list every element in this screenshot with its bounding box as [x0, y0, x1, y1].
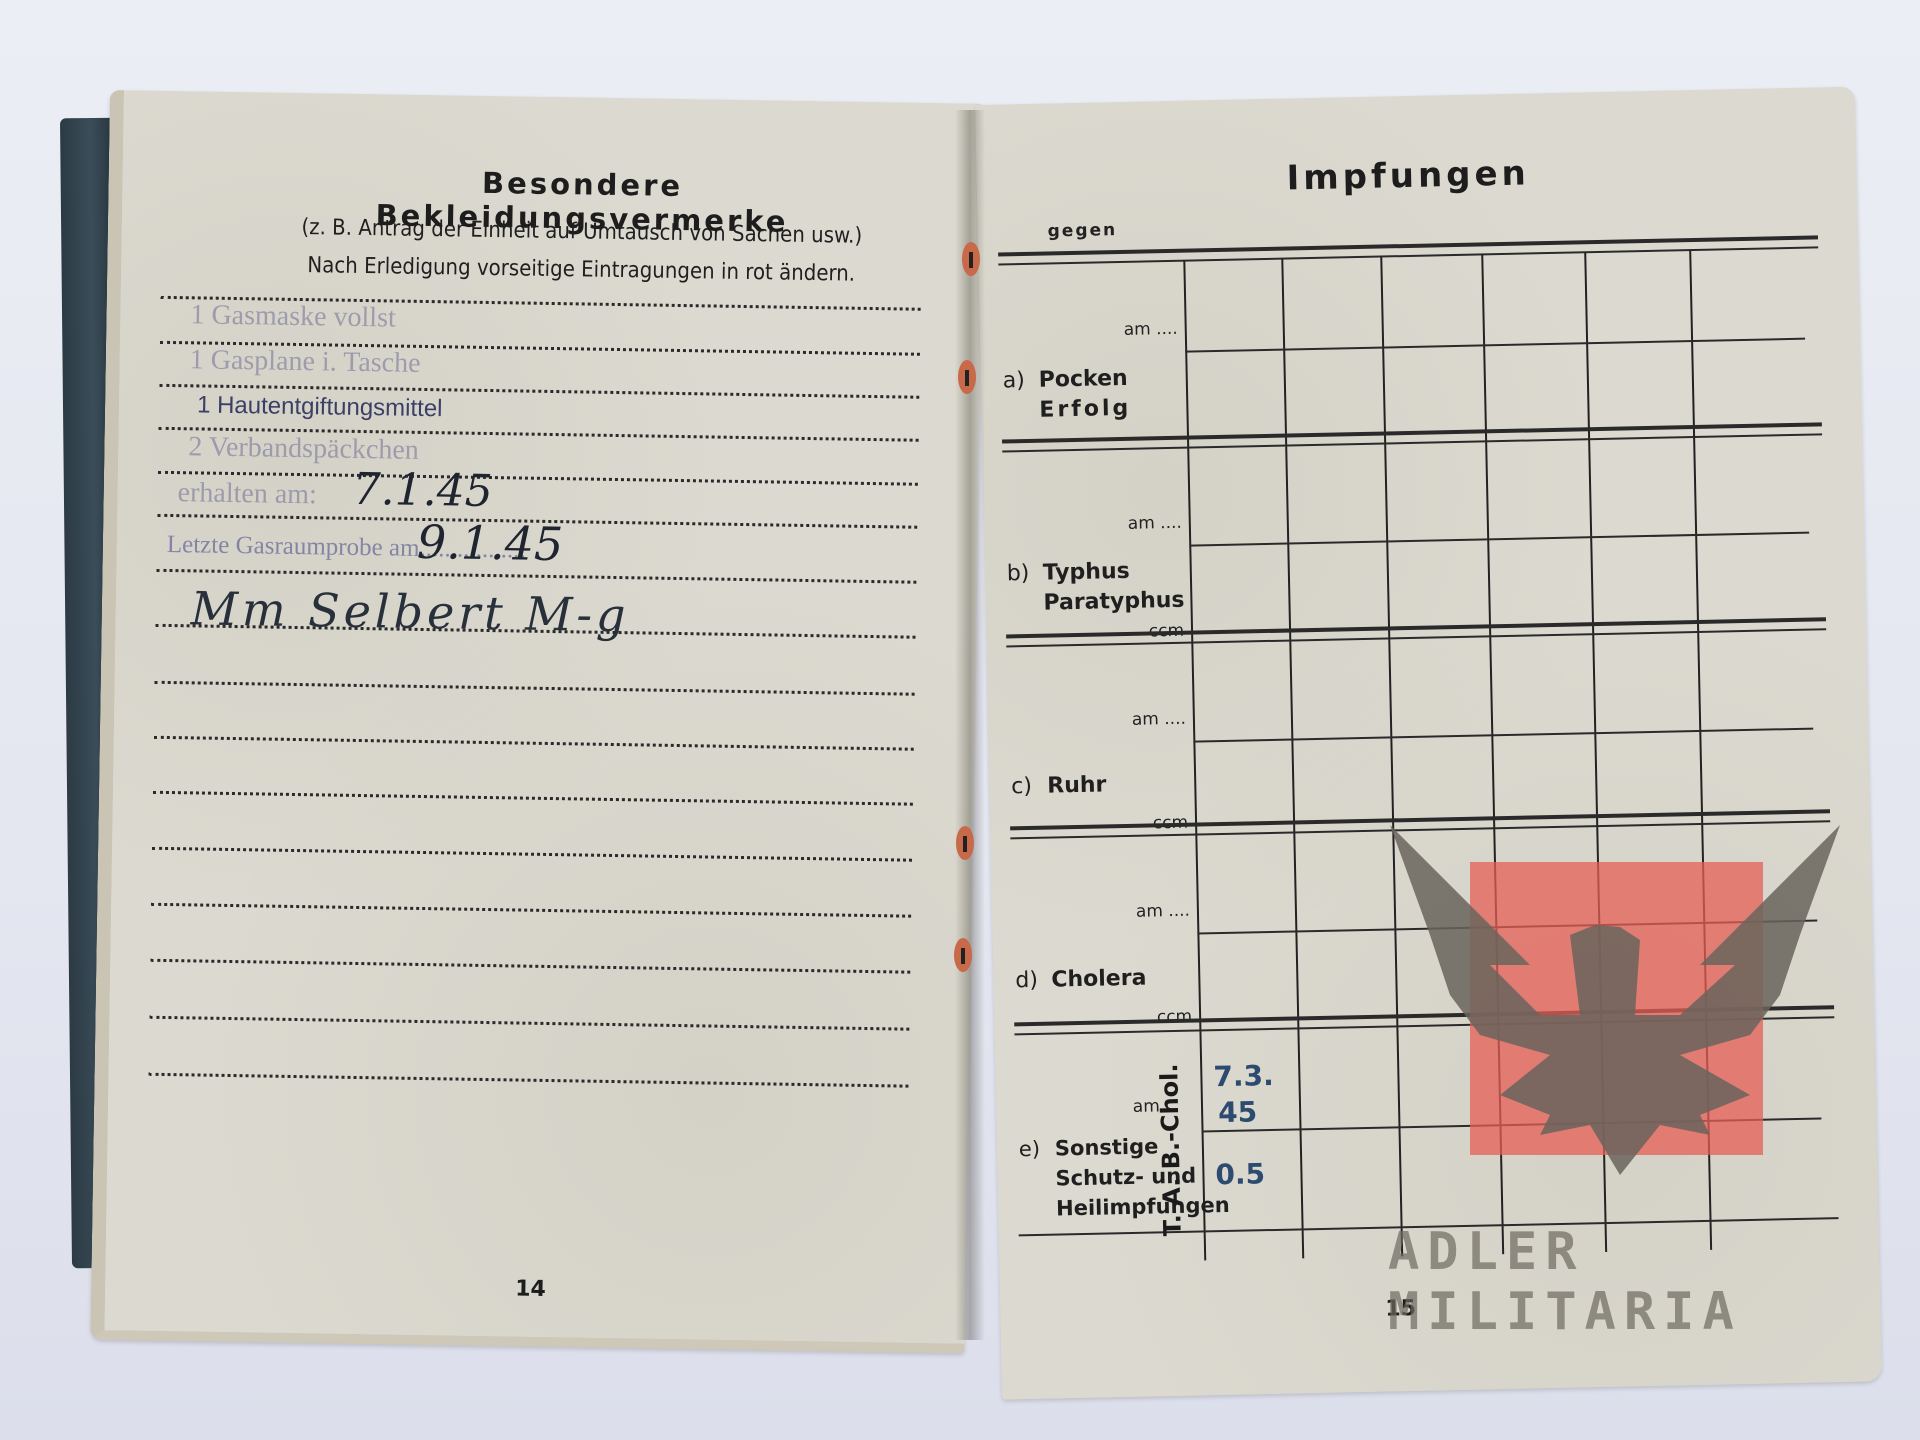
row-a-label: a)Pocken Erfolg — [1002, 364, 1131, 427]
row-c-label: c)Ruhr — [1011, 770, 1107, 802]
row-b-label: b)Typhus Paratyphus — [1007, 556, 1185, 620]
left-page: Besondere Bekleidungsvermerke (z. B. Ant… — [90, 90, 984, 1354]
row-separator — [1002, 422, 1822, 452]
stamp-gasplane: 1 Gasplane i. Tasche — [190, 344, 421, 380]
row-c-cell-divider — [1193, 728, 1813, 743]
row-a-am-label: am .... — [1050, 319, 1178, 342]
watermark-eagle-icon — [1380, 815, 1850, 1185]
row-d-am-label: am .... — [1062, 901, 1190, 924]
binding-stitch — [956, 826, 974, 860]
binding-stitch — [962, 242, 980, 276]
binding-stitch — [954, 938, 972, 972]
book-gutter — [955, 110, 985, 1340]
left-page-subtitle-2: Nach Erledigung vorseitige Eintragungen … — [221, 252, 941, 288]
table-column-divider — [1183, 261, 1206, 1261]
vaccination-date-year: 45 — [1218, 1095, 1258, 1129]
table-top-rule — [998, 235, 1818, 265]
vaccination-date-day-month: 7.3. — [1213, 1059, 1274, 1093]
right-page-title: Impfungen — [1286, 153, 1530, 198]
dotted-line — [149, 1016, 909, 1031]
dotted-line — [152, 847, 912, 862]
handwritten-gas-test-date: 9.1.45 — [417, 515, 564, 571]
stamp-hautentgiftungsmittel: 1 Hautentgiftungsmittel — [197, 391, 443, 423]
dotted-line — [156, 569, 916, 584]
dotted-line — [149, 1073, 909, 1088]
table-column-divider — [1281, 259, 1304, 1259]
handwritten-signature: Mm Selbert M-g — [190, 581, 629, 642]
vaccination-dose: 0.5 — [1215, 1157, 1265, 1191]
row-b-cell-divider — [1189, 532, 1809, 547]
row-a-cell-divider — [1185, 338, 1805, 353]
row-d-label: d)Cholera — [1015, 964, 1147, 997]
watermark-text: ADLER MILITARIA — [1388, 1222, 1920, 1342]
dotted-line — [151, 903, 911, 918]
right-page: Impfungen gegen am .... a)Pocken Erfolg … — [975, 87, 1882, 1400]
dotted-line — [153, 791, 913, 806]
column-header-gegen: gegen — [1047, 220, 1117, 241]
row-c-am-label: am .... — [1058, 709, 1186, 732]
stamp-gasmaske: 1 Gasmaske vollst — [190, 299, 396, 334]
binding-stitch — [958, 360, 976, 394]
stamp-erhalten-am: erhalten am: — [177, 477, 317, 511]
dotted-line — [155, 681, 915, 696]
dotted-line — [150, 959, 910, 974]
vertical-vaccine-note: T. A. B.-Chol. — [1155, 1063, 1187, 1236]
row-e-label: e)Sonstige Schutz- und Heilimpfungen — [1019, 1130, 1230, 1224]
handwritten-received-date: 7.1.45 — [352, 464, 493, 517]
page-number-left: 14 — [515, 1277, 546, 1302]
row-b-am-label: am .... — [1054, 513, 1182, 536]
dotted-line — [154, 736, 914, 751]
stamp-verbandspaeckchen: 2 Verbandspäckchen — [188, 431, 419, 467]
